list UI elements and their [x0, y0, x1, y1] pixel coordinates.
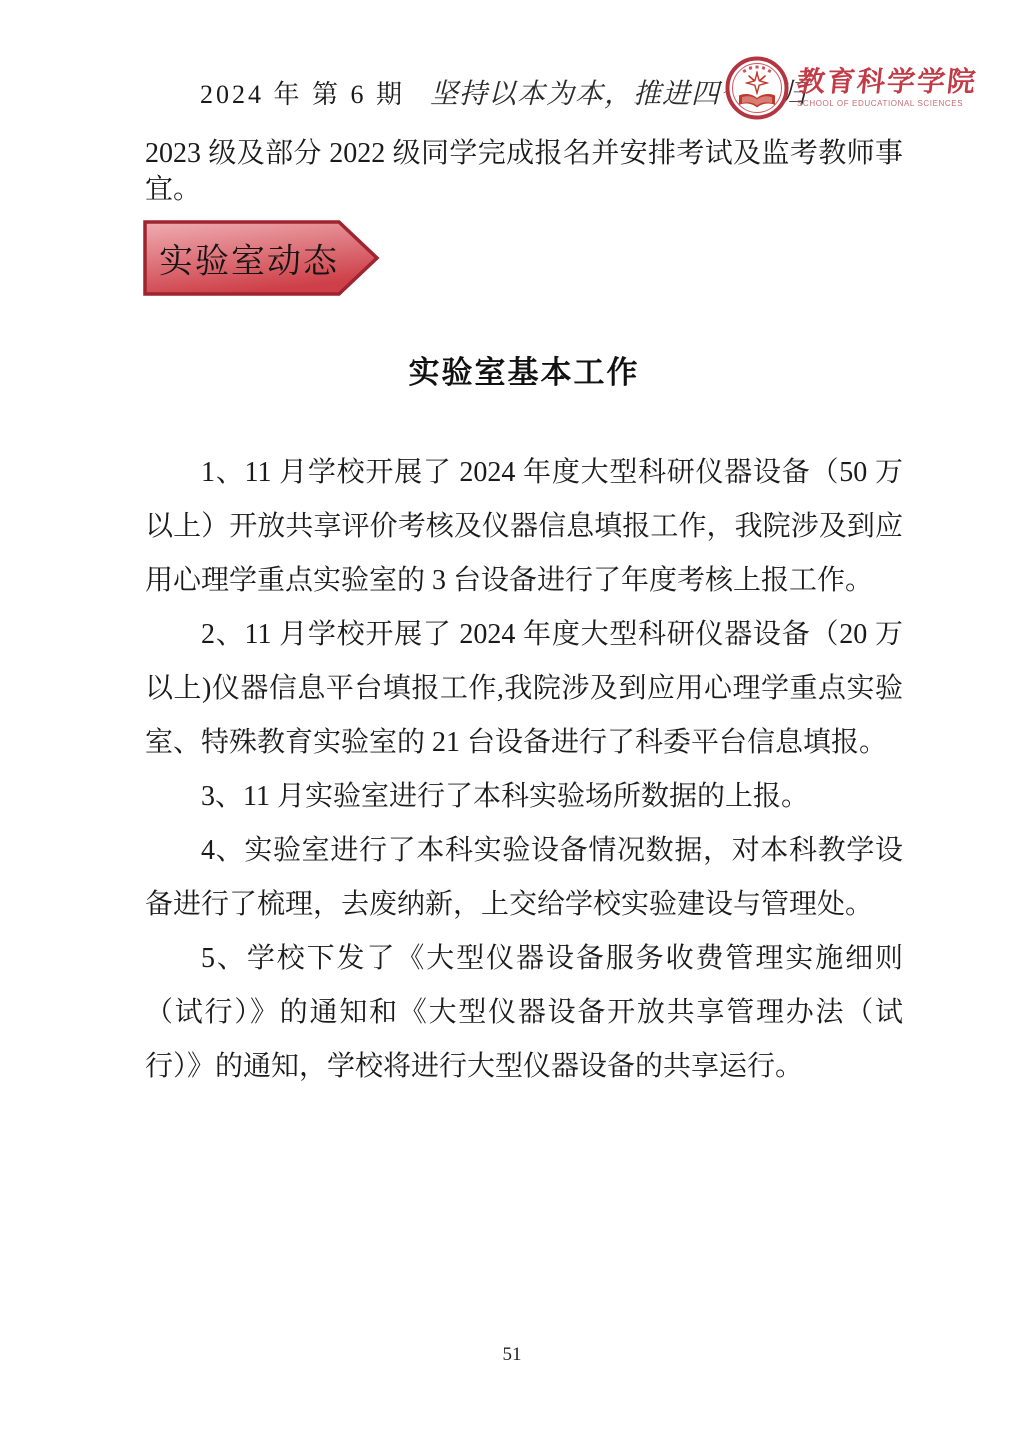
school-logo-icon	[725, 56, 789, 120]
issue-label: 2024 年 第 6 期	[200, 74, 405, 111]
paragraph-5: 5、学校下发了《大型仪器设备服务收费管理实施细则（试行）》的通知和《大型仪器设备…	[145, 932, 903, 1094]
school-name-cn: 教育科学学院	[796, 69, 979, 97]
section-title: 实验室基本工作	[145, 347, 903, 392]
section-banner-label: 实验室动态	[159, 234, 339, 283]
paragraph-3: 3、11 月实验室进行了本科实验场所数据的上报。	[145, 770, 903, 824]
document-page: 2024 年 第 6 期 坚持以本为本，推进四个回归	[0, 0, 1024, 1448]
paragraph-4: 4、实验室进行了本科实验设备情况数据，对本科教学设备进行了梳理，去废纳新，上交给…	[145, 824, 903, 932]
lead-text: 2023 级及部分 2022 级同学完成报名并安排考试及监考教师事宜。	[145, 136, 903, 208]
school-logo: 教育科学学院 SCHOOL OF EDUCATIONAL SCIENCES	[725, 56, 977, 120]
school-logo-wordmark: 教育科学学院 SCHOOL OF EDUCATIONAL SCIENCES	[797, 69, 977, 108]
paragraph-2: 2、11 月学校开展了 2024 年度大型科研仪器设备（20 万以上)仪器信息平…	[145, 608, 903, 770]
paragraph-1: 1、11 月学校开展了 2024 年度大型科研仪器设备（50 万以上）开放共享评…	[145, 446, 903, 608]
page-number: 51	[0, 1344, 1024, 1366]
school-name-en: SCHOOL OF EDUCATIONAL SCIENCES	[797, 100, 977, 108]
section-banner: 实验室动态	[143, 219, 381, 297]
body-paragraphs: 1、11 月学校开展了 2024 年度大型科研仪器设备（50 万以上）开放共享评…	[145, 446, 903, 1094]
